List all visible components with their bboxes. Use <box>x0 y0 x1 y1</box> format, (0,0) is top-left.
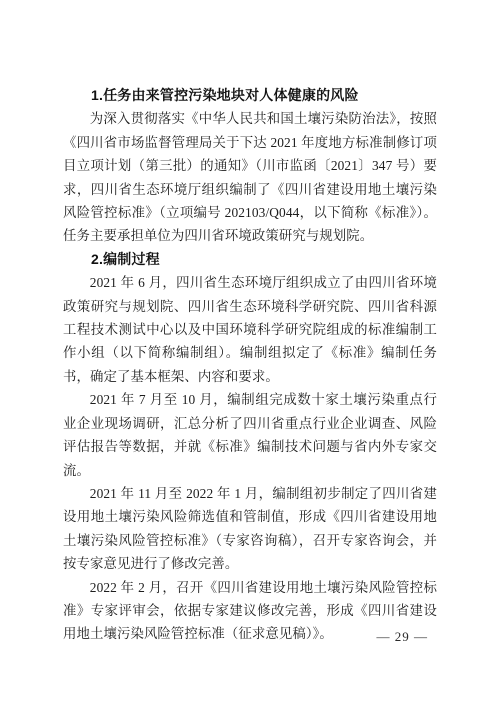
paragraph-2021-november-2022-january: 2021 年 11 月至 2022 年 1 月，编制组初步制定了四川省建设用地土… <box>63 482 437 576</box>
section-heading-drafting-process: 2.编制过程 <box>63 248 437 271</box>
section-heading-task-origin: 1.任务由来管控污染地块对人体健康的风险 <box>63 84 437 107</box>
paragraph-2021-june: 2021 年 6 月，四川省生态环境厅组织成立了由四川省环境政策研究与规划院、四… <box>63 271 437 388</box>
page-number: — 29 — <box>377 629 429 645</box>
paragraph-2021-july-october: 2021 年 7 月至 10 月，编制组完成数十家土壤污染重点行业企业现场调研，… <box>63 388 437 482</box>
document-page: 1.任务由来管控污染地块对人体健康的风险 为深入贯彻落实《中华人民共和国土壤污染… <box>0 0 500 707</box>
document-content: 1.任务由来管控污染地块对人体健康的风险 为深入贯彻落实《中华人民共和国土壤污染… <box>63 84 437 646</box>
paragraph-task-origin: 为深入贯彻落实《中华人民共和国土壤污染防治法》，按照《四川省市场监督管理局关于下… <box>63 107 437 247</box>
